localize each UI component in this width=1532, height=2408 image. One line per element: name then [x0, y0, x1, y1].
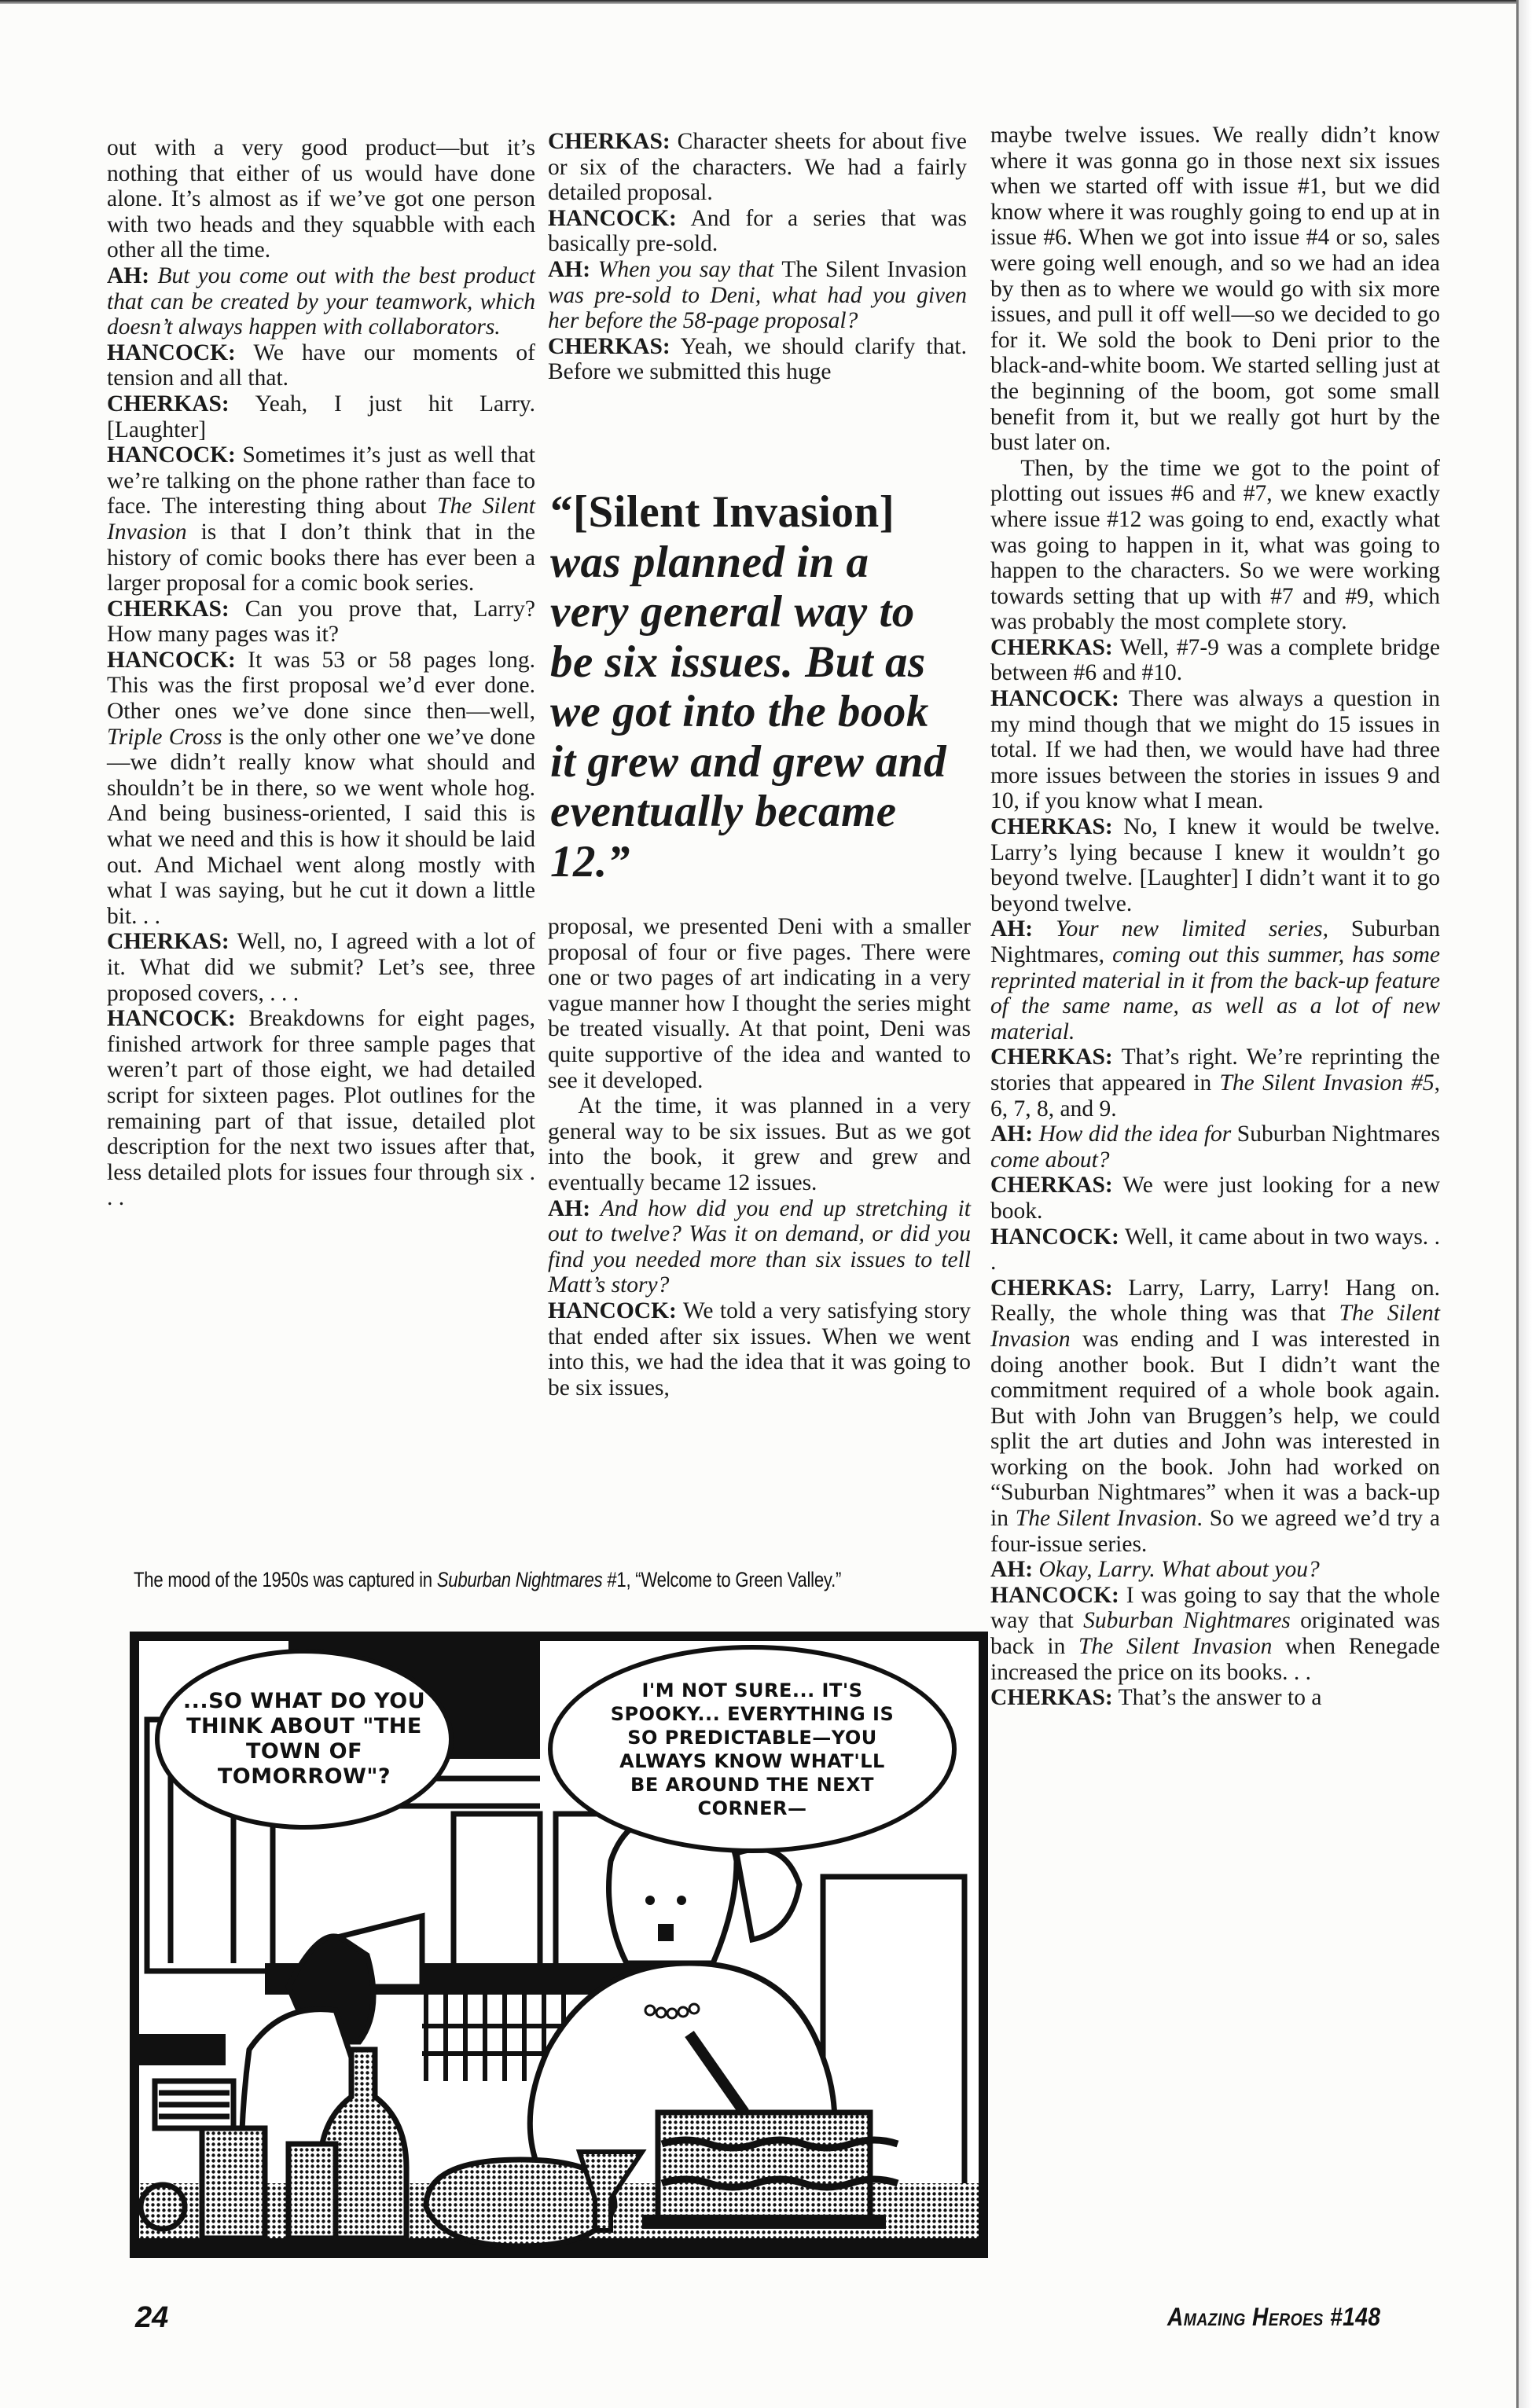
speaker-label: AH:	[548, 1196, 590, 1221]
paragraph-text: Then, by the time we got to the point of…	[990, 456, 1440, 635]
figure-caption: The mood of the 1950s was captured in Su…	[134, 1568, 836, 1592]
question-text: was pre-sold to Deni, what had you given…	[548, 283, 967, 334]
speaker-label: CHERKAS:	[107, 391, 230, 417]
interview-question: AH: But you come out with the best produ…	[107, 263, 535, 340]
interview-answer: CHERKAS: Can you prove that, Larry? How …	[107, 596, 535, 648]
title-reference: The Silent Invasion #5	[1219, 1070, 1434, 1096]
speaker-label: CHERKAS:	[548, 129, 670, 154]
speaker-label: HANCOCK:	[107, 442, 236, 468]
speech-bubble-text: ...SO WHAT DO YOU THINK ABOUT "THE TOWN …	[183, 1689, 425, 1789]
magazine-issue-footer: Amazing Heroes #148	[1167, 2303, 1380, 2332]
caption-text: #1, “Welcome to Green Valley.”	[602, 1568, 841, 1591]
speaker-label: HANCOCK:	[107, 340, 236, 365]
speaker-label: CHERKAS:	[990, 1044, 1113, 1070]
speaker-label: AH:	[990, 1557, 1033, 1582]
page-number: 24	[135, 2301, 168, 2335]
question-text: When you say that	[598, 257, 782, 282]
speaker-label: CHERKAS:	[107, 929, 230, 954]
speaker-label: CHERKAS:	[990, 1276, 1113, 1301]
question-text: And how did you end up stret­ching it ou…	[548, 1196, 971, 1298]
question-text: come about?	[990, 1147, 1110, 1173]
speaker-label: CHERKAS:	[990, 814, 1113, 839]
pull-quote: “[Silent Invasion] was planned in a very…	[550, 487, 959, 886]
caption-title: Suburban Nightmares	[437, 1568, 603, 1591]
interview-answer: HANCOCK: There was always a question in …	[990, 686, 1440, 814]
speaker-label: AH:	[990, 916, 1033, 942]
interview-answer: CHERKAS: Well, no, I agreed with a lot o…	[107, 929, 535, 1006]
answer-text: Breakdowns for eight pages, finished art…	[107, 1006, 535, 1210]
page-edge-shade	[1519, 0, 1532, 2408]
comic-panel: ...SO WHAT DO YOU THINK ABOUT "THE TOWN …	[130, 1632, 988, 2258]
comic-panel-art: ...SO WHAT DO YOU THINK ABOUT "THE TOWN …	[139, 1641, 979, 2248]
speaker-label: CHERKAS:	[990, 1173, 1113, 1198]
speech-bubble-right: I'M NOT SURE... IT'S SPOOKY... EVERYTHIN…	[548, 1645, 957, 1853]
speech-bubble-text: I'M NOT SURE... IT'S SPOOKY... EVERYTHIN…	[611, 1679, 895, 1820]
interview-answer: CHERKAS: Yeah, I just hit Larry. [Laught…	[107, 391, 535, 442]
caption-text: The mood of the 1950s was captured in	[134, 1568, 437, 1591]
interview-answer: HANCOCK: I was going to say that the who…	[990, 1583, 1440, 1685]
interview-answer: HANCOCK: It was 53 or 58 pages long. Thi…	[107, 648, 535, 930]
interview-question: AH: Okay, Larry. What about you?	[990, 1557, 1440, 1583]
interview-question: AH: And how did you end up stret­ching i…	[548, 1196, 971, 1298]
interview-answer: CHERKAS: Well, #7-9 was a com­plete brid…	[990, 635, 1440, 686]
interview-answer: HANCOCK: We told a very satisfy­ing stor…	[548, 1298, 971, 1400]
question-text: Okay, Larry. What about you?	[1038, 1557, 1319, 1582]
speaker-label: HANCOCK:	[107, 1006, 236, 1031]
interview-answer: HANCOCK: We have our moments of tension …	[107, 340, 535, 391]
paragraph-text: At the time, it was planned in a very ge…	[548, 1093, 971, 1195]
pull-quote-lead: “[Silent Invasion]	[550, 487, 895, 537]
interview-answer: HANCOCK: Breakdowns for eight pages, fin…	[107, 1006, 535, 1211]
speaker-label: HANCOCK:	[990, 686, 1119, 711]
question-text: How did the idea for	[1039, 1121, 1237, 1147]
speaker-label: AH:	[107, 263, 149, 288]
article-column-right: maybe twelve issues. We really didn’t kn…	[990, 123, 1440, 1711]
speaker-label: HANCOCK:	[107, 648, 236, 673]
speaker-label: CHERKAS:	[990, 1685, 1113, 1710]
speaker-label: AH:	[548, 257, 590, 282]
interview-answer: CHERKAS: That’s the answer to a	[990, 1685, 1440, 1711]
title-reference: The Silent Invasion	[1016, 1506, 1197, 1531]
speaker-label: CHERKAS:	[107, 596, 230, 622]
answer-text: was ending and I was interested in doing…	[990, 1327, 1440, 1531]
answer-text: is the only other one we’ve done—we didn…	[107, 725, 535, 929]
paragraph-text: maybe twelve issues. We really didn’t kn…	[990, 123, 1440, 455]
scan-top-edge	[0, 0, 1532, 4]
paragraph: out with a very good product—but it’s no…	[107, 135, 535, 263]
answer-text: That’s the answer to a	[1119, 1685, 1322, 1710]
interview-answer: CHERKAS: No, I knew it would be twelve. …	[990, 814, 1440, 916]
interview-answer: HANCOCK: Sometimes it’s just as well tha…	[107, 442, 535, 596]
speaker-label: HANCOCK:	[990, 1583, 1119, 1608]
speaker-label: CHERKAS:	[990, 635, 1113, 660]
interview-answer: CHERKAS: Character sheets for about five…	[548, 129, 967, 206]
interview-answer: HANCOCK: And for a series that was basic…	[548, 206, 967, 257]
interview-answer: CHERKAS: We were just looking for a new …	[990, 1173, 1440, 1224]
title-reference: Suburban Nightmares	[1237, 1121, 1440, 1147]
paragraph: proposal, we presented Deni with a small…	[548, 914, 971, 1093]
speaker-label: HANCOCK:	[990, 1224, 1119, 1250]
question-text: Your new limited series,	[1056, 916, 1351, 942]
question-text: But you come out with the best product t…	[107, 263, 535, 340]
paragraph: At the time, it was planned in a very ge…	[548, 1093, 971, 1195]
article-column-middle-top: CHERKAS: Character sheets for about five…	[548, 129, 967, 385]
speech-bubble-left: ...SO WHAT DO YOU THINK ABOUT "THE TOWN …	[155, 1649, 454, 1830]
interview-answer: CHERKAS: Larry, Larry, Larry! Hang on. R…	[990, 1276, 1440, 1558]
interview-question: AH: Your new limited series, Subur­ban N…	[990, 916, 1440, 1044]
interview-question: AH: How did the idea for Suburban Nightm…	[990, 1121, 1440, 1173]
interview-answer: CHERKAS: Yeah, we should clarify that. B…	[548, 334, 967, 385]
title-reference: Triple Cross	[107, 725, 222, 750]
speaker-label: CHERKAS:	[548, 334, 670, 359]
article-column-middle-bottom: proposal, we presented Deni with a small…	[548, 914, 971, 1400]
speaker-label: HANCOCK:	[548, 206, 677, 231]
speaker-label: HANCOCK:	[548, 1298, 677, 1323]
title-reference: Suburban Nightmares	[1083, 1608, 1291, 1633]
pull-quote-body: was planned in a very general way to be …	[550, 538, 946, 886]
paragraph: Then, by the time we got to the point of…	[990, 456, 1440, 635]
paragraph: maybe twelve issues. We really didn’t kn…	[990, 123, 1440, 456]
title-reference: The Silent In­vasion	[781, 257, 967, 282]
interview-answer: CHERKAS: That’s right. We’re reprinting …	[990, 1044, 1440, 1121]
interview-question: AH: When you say that The Silent In­vasi…	[548, 257, 967, 334]
paragraph-text: proposal, we presented Deni with a small…	[548, 914, 971, 1093]
speaker-label: AH:	[990, 1121, 1033, 1147]
title-reference: The Silent Invasion	[1078, 1634, 1272, 1659]
interview-answer: HANCOCK: Well, it came about in two ways…	[990, 1224, 1440, 1276]
article-column-left: out with a very good product—but it’s no…	[107, 135, 535, 1211]
paragraph-text: out with a very good product—but it’s no…	[107, 135, 535, 262]
